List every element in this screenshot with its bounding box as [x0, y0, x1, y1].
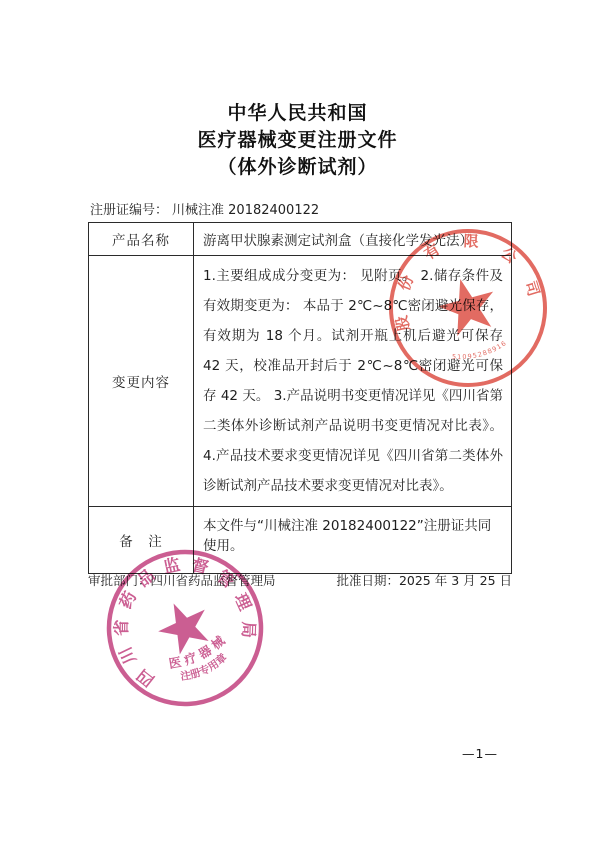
- approval-footer: 审批部门：四川省药品监督管理局 批准日期：2025 年 3 月 25 日: [88, 571, 512, 589]
- registration-number-value: 川械注准 20182400122: [172, 203, 319, 218]
- row-label: 变更内容: [89, 256, 194, 507]
- row-label: 备 注: [89, 507, 194, 574]
- registration-table: 产品名称 游离甲状腺素测定试剂盒（直接化学发光法） 变更内容 1.主要组成成分变…: [88, 222, 512, 574]
- document-page: 中华人民共和国 医疗器械变更注册文件 （体外诊断试剂） 注册证编号：川械注准 2…: [0, 0, 595, 842]
- seal-inner-text: 注册专用章: [176, 649, 232, 687]
- svg-text:医 疗 器 械: 医 疗 器 械: [164, 631, 230, 676]
- document-title: 中华人民共和国 医疗器械变更注册文件 （体外诊断试剂）: [0, 100, 595, 181]
- seal-inner-text: 医 疗 器 械: [164, 631, 230, 676]
- table-row: 产品名称 游离甲状腺素测定试剂盒（直接化学发光法）: [89, 223, 512, 256]
- approval-date: 批准日期：2025 年 3 月 25 日: [336, 571, 512, 589]
- title-line: （体外诊断试剂）: [0, 154, 595, 181]
- row-label: 产品名称: [89, 223, 194, 256]
- approval-department: 审批部门：四川省药品监督管理局: [88, 571, 276, 589]
- registration-number: 注册证编号：川械注准 20182400122: [90, 199, 319, 218]
- table-row: 备 注 本文件与“川械注准 20182400122”注册证共同使用。: [89, 507, 512, 574]
- registration-number-label: 注册证编号：: [90, 203, 168, 218]
- table-row: 变更内容 1.主要组成成分变更为： 见附页。 2.储存条件及有效期变更为： 本品…: [89, 256, 512, 507]
- page-number: —1—: [462, 746, 498, 761]
- row-content: 本文件与“川械注准 20182400122”注册证共同使用。: [194, 507, 512, 574]
- star-icon: [150, 593, 217, 659]
- svg-text:注册专用章: 注册专用章: [176, 649, 232, 687]
- row-content: 游离甲状腺素测定试剂盒（直接化学发光法）: [194, 223, 512, 256]
- title-line: 医疗器械变更注册文件: [0, 127, 595, 154]
- row-content: 1.主要组成成分变更为： 见附页。 2.储存条件及有效期变更为： 本品于 2℃~…: [194, 256, 512, 507]
- title-line: 中华人民共和国: [0, 100, 595, 127]
